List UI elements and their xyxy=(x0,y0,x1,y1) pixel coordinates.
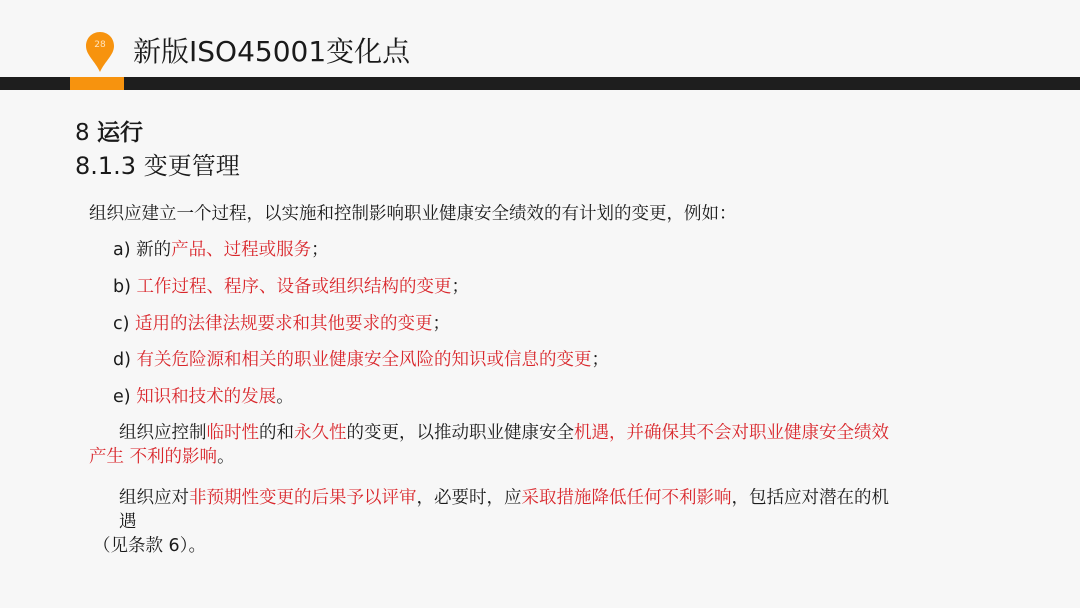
map-pin-icon xyxy=(85,31,115,73)
page-number: 28 xyxy=(85,40,115,50)
list-item: b) 工作过程、程序、设备或组织结构的变更； xyxy=(113,275,469,299)
item-suffix: 。 xyxy=(276,387,294,407)
item-highlight: 有关危险源和相关的职业健康安全风险的知识或信息的变更 xyxy=(137,350,592,370)
item-highlight: 知识和技术的发展 xyxy=(136,387,276,407)
item-label: b) xyxy=(113,277,131,297)
highlight: 非预期性变更的后果予以评审 xyxy=(189,488,417,508)
text: 。 xyxy=(217,447,235,467)
item-highlight: 工作过程、程序、设备或组织结构的变更 xyxy=(137,277,452,297)
text: （见条款 6）。 xyxy=(93,536,206,556)
slide-title: 新版ISO45001变化点 xyxy=(133,30,410,70)
text: 的变更，以推动职业健康安全 xyxy=(347,423,575,443)
text: 组织应控制 xyxy=(119,423,207,443)
item-label: a) xyxy=(113,240,131,260)
highlight: 机遇，并确保其不会对职业健康安全绩效 xyxy=(574,423,889,443)
section-name: 运行 xyxy=(97,120,143,146)
list-item: c) 适用的法律法规要求和其他要求的变更； xyxy=(113,312,450,336)
header-accent xyxy=(70,77,124,90)
header-bar xyxy=(0,77,1080,90)
list-item: e) 知识和技术的发展。 xyxy=(113,385,294,409)
item-suffix: ； xyxy=(311,240,329,260)
list-item: d) 有关危险源和相关的职业健康安全风险的知识或信息的变更； xyxy=(113,348,609,372)
item-highlight: 产品、过程或服务 xyxy=(171,240,311,260)
text: 组织应对 xyxy=(119,488,189,508)
highlight: 采取措施降低任何不利影响 xyxy=(522,488,732,508)
text: 的和 xyxy=(259,423,294,443)
item-suffix: ； xyxy=(433,314,451,334)
text: 遇 xyxy=(119,512,137,532)
subsection-heading: 8.1.3 变更管理 xyxy=(75,146,240,181)
intro-text: 组织应建立一个过程，以实施和控制影响职业健康安全绩效的有计划的变更，例如： xyxy=(89,202,737,226)
text: ，包括应对潜在的机 xyxy=(732,488,890,508)
section-heading: 8 运行 xyxy=(75,114,143,147)
item-highlight: 适用的法律法规要求和其他要求的变更 xyxy=(135,314,433,334)
highlight: 永久性 xyxy=(294,423,347,443)
item-suffix: ； xyxy=(452,277,470,297)
text: ，必要时，应 xyxy=(417,488,522,508)
item-label: e) xyxy=(113,387,131,407)
item-label: d) xyxy=(113,350,131,370)
list-item: a) 新的产品、过程或服务； xyxy=(113,238,329,262)
paragraph-temporary-changes: 组织应控制临时性的和永久性的变更，以推动职业健康安全机遇，并确保其不会对职业健康… xyxy=(89,421,889,469)
item-suffix: ； xyxy=(592,350,610,370)
highlight: 产生 不利的影响 xyxy=(89,447,217,467)
highlight: 临时性 xyxy=(207,423,260,443)
paragraph-unintended-changes: 组织应对非预期性变更的后果予以评审，必要时，应采取措施降低任何不利影响，包括应对… xyxy=(89,486,889,558)
item-prefix: 新的 xyxy=(131,240,172,260)
item-label: c) xyxy=(113,314,129,334)
section-number: 8 xyxy=(75,120,90,146)
